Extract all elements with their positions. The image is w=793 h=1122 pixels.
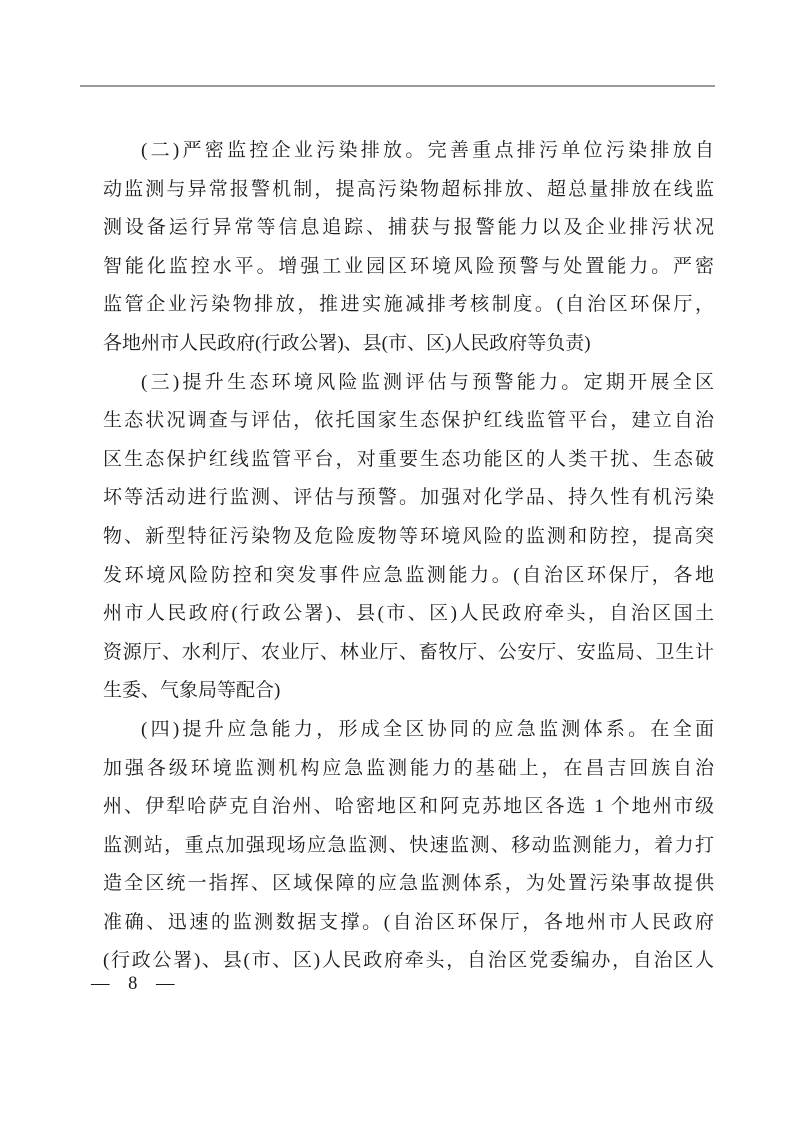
- text-line: 加强各级环境监测机构应急监测能力的基础上，在昌吉回族自治: [103, 750, 714, 789]
- text-line: 州、伊犁哈萨克自治州、哈密地区和阿克苏地区各选 1 个地州市级: [103, 788, 714, 827]
- text-line: 发环境风险防控和突发事件应急监测能力。(自治区环保厅，各地: [103, 557, 714, 596]
- document-body: (二)严密监控企业污染排放。完善重点排污单位污染排放自动监测与异常报警机制，提高…: [103, 132, 714, 981]
- text-line: 监测站，重点加强现场应急监测、快速监测、移动监测能力，着力打: [103, 827, 714, 866]
- text-line: 生委、气象局等配合): [103, 672, 714, 711]
- paragraph: (三)提升生态环境风险监测评估与预警能力。定期开展全区生态状况调查与评估，依托国…: [103, 364, 714, 711]
- text-line: 动监测与异常报警机制，提高污染物超标排放、超总量排放在线监: [103, 171, 714, 210]
- text-line: 坏等活动进行监测、评估与预警。加强对化学品、持久性有机污染: [103, 479, 714, 518]
- document-page: (二)严密监控企业污染排放。完善重点排污单位污染排放自动监测与异常报警机制，提高…: [0, 0, 793, 1122]
- text-line: 区生态保护红线监管平台，对重要生态功能区的人类干扰、生态破: [103, 441, 714, 480]
- text-line: (二)严密监控企业污染排放。完善重点排污单位污染排放自: [103, 132, 714, 171]
- text-line: (行政公署)、县(市、区)人民政府牵头，自治区党委编办，自治区人: [103, 942, 714, 981]
- text-line: 智能化监控水平。增强工业园区环境风险预警与处置能力。严密: [103, 248, 714, 287]
- text-line: 各地州市人民政府(行政公署)、县(市、区)人民政府等负责): [103, 325, 714, 364]
- paragraph: (二)严密监控企业污染排放。完善重点排污单位污染排放自动监测与异常报警机制，提高…: [103, 132, 714, 364]
- text-line: 测设备运行异常等信息追踪、捕获与报警能力以及企业排污状况: [103, 209, 714, 248]
- text-line: (四)提升应急能力，形成全区协同的应急监测体系。在全面: [103, 711, 714, 750]
- paragraph: (四)提升应急能力，形成全区协同的应急监测体系。在全面加强各级环境监测机构应急监…: [103, 711, 714, 981]
- text-line: 生态状况调查与评估，依托国家生态保护红线监管平台，建立自治: [103, 402, 714, 441]
- text-line: (三)提升生态环境风险监测评估与预警能力。定期开展全区: [103, 364, 714, 403]
- text-line: 准确、迅速的监测数据支撑。(自治区环保厅，各地州市人民政府: [103, 904, 714, 943]
- text-line: 监管企业污染物排放，推进实施减排考核制度。(自治区环保厅，: [103, 286, 714, 325]
- text-line: 造全区统一指挥、区域保障的应急监测体系，为处置污染事故提供: [103, 865, 714, 904]
- text-line: 资源厅、水利厅、农业厅、林业厅、畜牧厅、公安厅、安监局、卫生计: [103, 634, 714, 673]
- page-number: — 8 —: [91, 974, 182, 995]
- text-line: 物、新型特征污染物及危险废物等环境风险的监测和防控，提高突: [103, 518, 714, 557]
- text-line: 州市人民政府(行政公署)、县(市、区)人民政府牵头，自治区国土: [103, 595, 714, 634]
- header-rule: [80, 85, 715, 87]
